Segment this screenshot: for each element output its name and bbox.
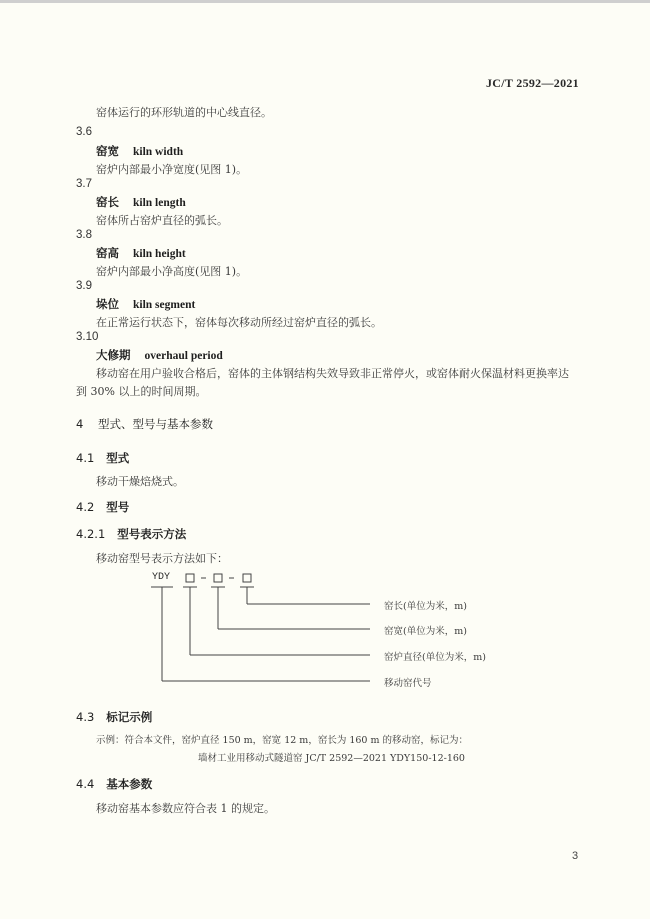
example-line-1: 示例：符合本文件，窑炉直径 150 m，窑宽 12 m，窑长为 160 m 的移… xyxy=(96,732,468,746)
example-line-2: 墙材工业用移动式隧道窑 JC/T 2592—2021 YDY150-12-160 xyxy=(198,750,465,764)
label-mobile-kiln-code: 移动窑代号 xyxy=(384,675,432,689)
section-4-3-heading: 4.3标记示例 xyxy=(76,709,152,725)
label-kiln-diameter: 窑炉直径(单位为米，m) xyxy=(384,649,486,663)
label-kiln-width: 窑宽(单位为米，m) xyxy=(384,623,467,637)
section-4-4-body: 移动窑基本参数应符合表 1 的规定。 xyxy=(96,800,275,816)
label-kiln-length: 窑长(单位为米，m) xyxy=(384,598,467,612)
model-prefix: YDY xyxy=(152,572,170,583)
section-title: 基本参数 xyxy=(106,777,152,791)
section-number: 4.4 xyxy=(76,777,94,791)
section-number: 4.3 xyxy=(76,710,94,724)
page-number: 3 xyxy=(572,850,578,862)
section-4-4-heading: 4.4基本参数 xyxy=(76,776,152,792)
section-title: 标记示例 xyxy=(106,710,152,724)
